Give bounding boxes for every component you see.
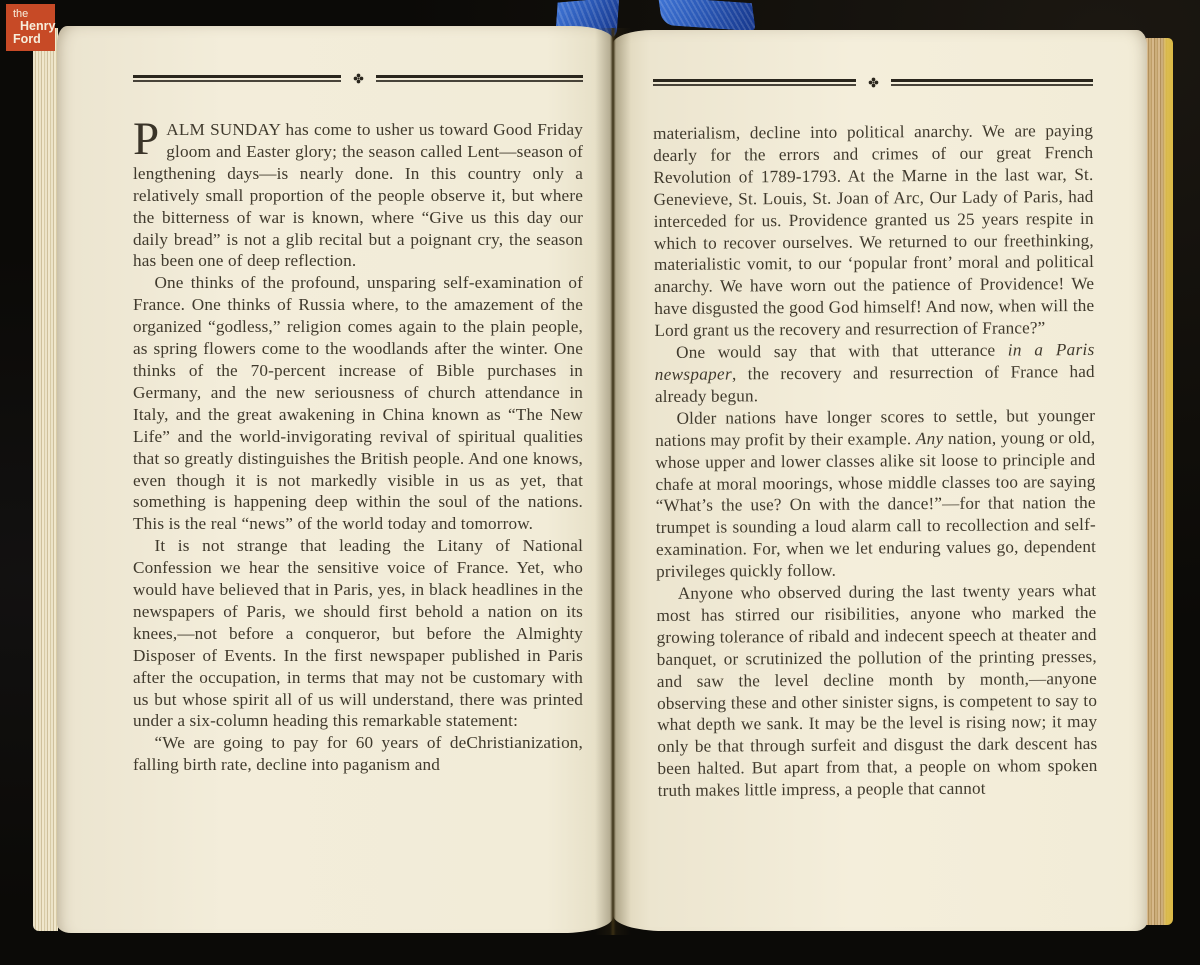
body-text: One would say that with that utterance [676,341,1008,362]
paragraph: It is not strange that leading the Litan… [133,535,583,732]
page-edges-left [33,28,58,931]
paragraph: “We are going to pay for 60 years of deC… [133,732,583,776]
logo-text: Ford [13,32,41,46]
left-page-text: PALM SUNDAY has come to usher us toward … [133,119,583,776]
right-page-text: materialism, decline into political anar… [653,120,1098,802]
logo-text: Henry [20,19,55,33]
paragraph: One would say that with that utterance i… [655,339,1095,408]
henry-ford-logo: the Henry Ford [6,4,55,51]
fleuron-ornament-icon [352,72,365,85]
body-text: ALM SUNDAY has come to usher us toward G… [133,120,583,270]
body-text: It is not strange that leading the Litan… [133,536,583,730]
italic-text: Any [916,429,944,448]
body-text: nation, young or old, whose upper and lo… [655,428,1096,582]
rule-line [376,75,584,82]
left-page: PALM SUNDAY has come to usher us toward … [57,26,613,933]
paragraph: PALM SUNDAY has come to usher us toward … [133,119,583,272]
rule-line [891,79,1094,86]
paragraph: Older nations have longer scores to sett… [655,405,1096,583]
open-book-photo: PALM SUNDAY has come to usher us toward … [0,0,1200,965]
bookmark-ribbon [658,0,756,31]
head-rule [133,72,583,84]
fleuron-ornament-icon [867,76,880,89]
body-text: Anyone who observed during the last twen… [656,581,1097,800]
body-text: materialism, decline into political anar… [653,121,1094,340]
body-text: One thinks of the profound, unsparing se… [133,273,583,533]
rule-line [653,79,856,86]
right-page: materialism, decline into political anar… [613,30,1147,931]
page-edges-right [1146,38,1173,925]
paragraph: materialism, decline into political anar… [653,120,1095,342]
rule-line [133,75,341,82]
paragraph: Anyone who observed during the last twen… [656,580,1098,802]
head-rule [653,76,1093,88]
paragraph: One thinks of the profound, unsparing se… [133,272,583,535]
body-text: “We are going to pay for 60 years of deC… [133,733,583,774]
drop-cap: P [133,119,166,158]
